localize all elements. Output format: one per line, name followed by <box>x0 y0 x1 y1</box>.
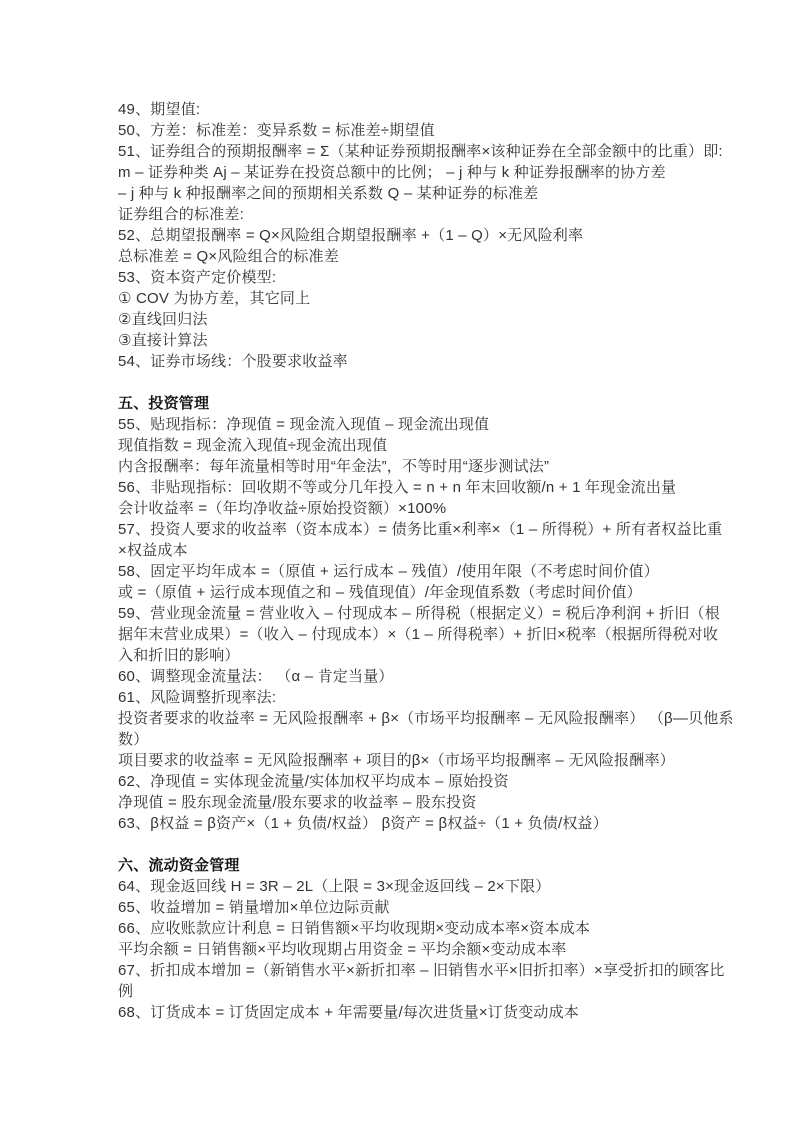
doc-line: 55、贴现指标：净现值 = 现金流入现值 – 现金流出现值 <box>118 414 678 435</box>
doc-line: 52、总期望报酬率 = Q×风险组合期望报酬率 +（1 – Q）×无风险利率 <box>118 225 678 246</box>
doc-line: 总标准差 = Q×风险组合的标准差 <box>118 246 678 267</box>
doc-line: – j 种与 k 种报酬率之间的预期相关系数 Q – 某种证券的标准差 <box>118 183 678 204</box>
doc-line: 58、固定平均年成本 =（原值 + 运行成本 – 残值）/使用年限（不考虑时间价… <box>118 561 678 582</box>
doc-line: 数） <box>118 729 678 750</box>
doc-line: 60、调整现金流量法： （α – 肯定当量） <box>118 666 678 687</box>
doc-line: 49、期望值: <box>118 99 678 120</box>
doc-line: 50、方差：标准差：变异系数 = 标准差÷期望值 <box>118 120 678 141</box>
doc-line: 68、订货成本 = 订货固定成本 + 年需要量/每次进货量×订货变动成本 <box>118 1002 678 1023</box>
doc-line: 54、证券市场线：个股要求收益率 <box>118 351 678 372</box>
doc-line: 据年末营业成果）=（收入 – 付现成本）×（1 – 所得税率）+ 折旧×税率（根… <box>118 624 678 645</box>
doc-line: 项目要求的收益率 = 无风险报酬率 + 项目的β×（市场平均报酬率 – 无风险报… <box>118 750 678 771</box>
doc-line: 64、现金返回线 H = 3R – 2L（上限 = 3×现金返回线 – 2×下限… <box>118 876 678 897</box>
doc-line: 内含报酬率：每年流量相等时用“年金法”，不等时用“逐步测试法” <box>118 456 678 477</box>
doc-line: 会计收益率 =（年均净收益÷原始投资额）×100% <box>118 498 678 519</box>
doc-line: 净现值 = 股东现金流量/股东要求的收益率 – 股东投资 <box>118 792 678 813</box>
doc-line: 66、应收账款应计利息 = 日销售额×平均收现期×变动成本率×资本成本 <box>118 918 678 939</box>
doc-line: 51、证券组合的预期报酬率 = Σ（某种证券预期报酬率×该种证券在全部金额中的比… <box>118 141 678 162</box>
doc-line: ① COV 为协方差，其它同上 <box>118 288 678 309</box>
doc-line: 67、折扣成本增加 =（新销售水平×新折扣率 – 旧销售水平×旧折扣率）×享受折… <box>118 960 678 981</box>
doc-line: 投资者要求的收益率 = 无风险报酬率 + β×（市场平均报酬率 – 无风险报酬率… <box>118 708 678 729</box>
doc-line: 62、净现值 = 实体现金流量/实体加权平均成本 – 原始投资 <box>118 771 678 792</box>
doc-line: 证券组合的标准差: <box>118 204 678 225</box>
doc-line: 现值指数 = 现金流入现值÷现金流出现值 <box>118 435 678 456</box>
doc-line: 入和折旧的影响） <box>118 645 678 666</box>
doc-line: 平均余额 = 日销售额×平均收现期占用资金 = 平均余额×变动成本率 <box>118 939 678 960</box>
doc-line: ×权益成本 <box>118 540 678 561</box>
doc-line: 例 <box>118 981 678 1002</box>
doc-line: ②直线回归法 <box>118 309 678 330</box>
blank-line <box>118 372 678 393</box>
doc-line: 59、营业现金流量 = 营业收入 – 付现成本 – 所得税（根据定义）= 税后净… <box>118 603 678 624</box>
section-heading: 六、流动资金管理 <box>118 855 678 876</box>
section-heading: 五、投资管理 <box>118 393 678 414</box>
blank-line <box>118 834 678 855</box>
document-page: 49、期望值:50、方差：标准差：变异系数 = 标准差÷期望值51、证券组合的预… <box>0 0 793 1122</box>
doc-line: 61、风险调整折现率法: <box>118 687 678 708</box>
doc-line: 57、投资人要求的收益率（资本成本）= 债务比重×利率×（1 – 所得税）+ 所… <box>118 519 678 540</box>
doc-line: 53、资本资产定价模型: <box>118 267 678 288</box>
doc-line: ③直接计算法 <box>118 330 678 351</box>
doc-line: 63、β权益 = β资产×（1 + 负债/权益） β资产 = β权益÷（1 + … <box>118 813 678 834</box>
doc-line: m – 证券种类 Aj – 某证券在投资总额中的比例； – j 种与 k 种证券… <box>118 162 678 183</box>
doc-line: 65、收益增加 = 销量增加×单位边际贡献 <box>118 897 678 918</box>
document-body: 49、期望值:50、方差：标准差：变异系数 = 标准差÷期望值51、证券组合的预… <box>118 99 678 1023</box>
doc-line: 或 =（原值 + 运行成本现值之和 – 残值现值）/年金现值系数（考虑时间价值） <box>118 582 678 603</box>
doc-line: 56、非贴现指标：回收期不等或分几年投入 = n + n 年末回收额/n + 1… <box>118 477 678 498</box>
